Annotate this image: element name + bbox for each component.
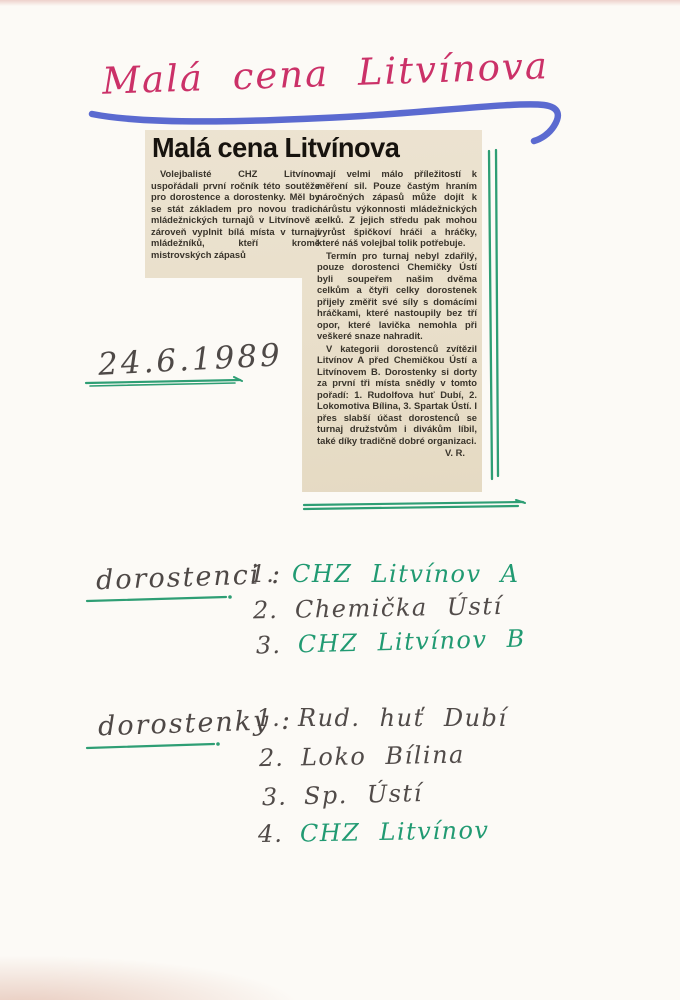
clipping-paragraph-1-continued: mají velmi málo příležitostí k měření si… (317, 168, 477, 249)
team-name: CHZ Litvínov A (292, 560, 520, 588)
rank-number: 3. (262, 782, 295, 811)
photo-bottom-left-shadow (0, 948, 340, 1000)
album-page: Malá cena Litvínova Malá cena Litvínova … (0, 0, 680, 1000)
rank-number: 1. (256, 704, 288, 732)
photo-top-edge-tint (0, 0, 680, 6)
rank-number: 2. (253, 596, 285, 625)
rank-number: 1. (250, 560, 282, 588)
handwritten-title: Malá cena Litvínova (101, 44, 549, 103)
rank-number: 2. (259, 744, 291, 773)
team-name: Chemička Ústí (295, 592, 503, 624)
clipping-paragraph-2: Termín pro turnaj nebyl zdařilý, pouze d… (317, 250, 477, 342)
clipping-author-initials: V. R. (317, 447, 477, 459)
rank-number: 4. (258, 820, 290, 849)
team-name: Loko Bílina (301, 741, 465, 772)
list-item: 1.CHZ Litvínov A (250, 560, 526, 594)
list-item: 4.CHZ Litvínov (258, 816, 508, 858)
newspaper-clipping: Malá cena Litvínova Volejbalisté CHZ Lit… (145, 130, 482, 492)
rank-number: 3. (256, 631, 289, 660)
clipping-headline: Malá cena Litvínova (152, 132, 399, 164)
team-name: Sp. Ústí (304, 779, 424, 810)
clipping-right-column: mají velmi málo příležitostí k měření si… (317, 168, 477, 460)
team-name: CHZ Litvínov B (298, 624, 526, 658)
clipping-paragraph-3: V kategorii dorostenců zvítězil Litvínov… (317, 343, 477, 447)
list-item: 1.Rud. huť Dubí (256, 704, 508, 742)
team-name: Rud. huť Dubí (298, 704, 508, 732)
dorostenci-list: 1.CHZ Litvínov A 2.Chemička Ústí 3.CHZ L… (250, 560, 526, 662)
clipping-paragraph-1: Volejbalisté CHZ Litvínov uspořádali prv… (151, 168, 320, 260)
clipping-left-column: Volejbalisté CHZ Litvínov uspořádali prv… (151, 168, 320, 261)
list-item: 3.Sp. Ústí (262, 777, 508, 821)
list-item: 2.Loko Bílina (259, 740, 508, 782)
team-name: CHZ Litvínov (300, 816, 490, 847)
list-item: 3.CHZ Litvínov B (256, 624, 527, 665)
dorostenky-list: 1.Rud. huť Dubí 2.Loko Bílina 3.Sp. Ústí… (256, 704, 508, 856)
